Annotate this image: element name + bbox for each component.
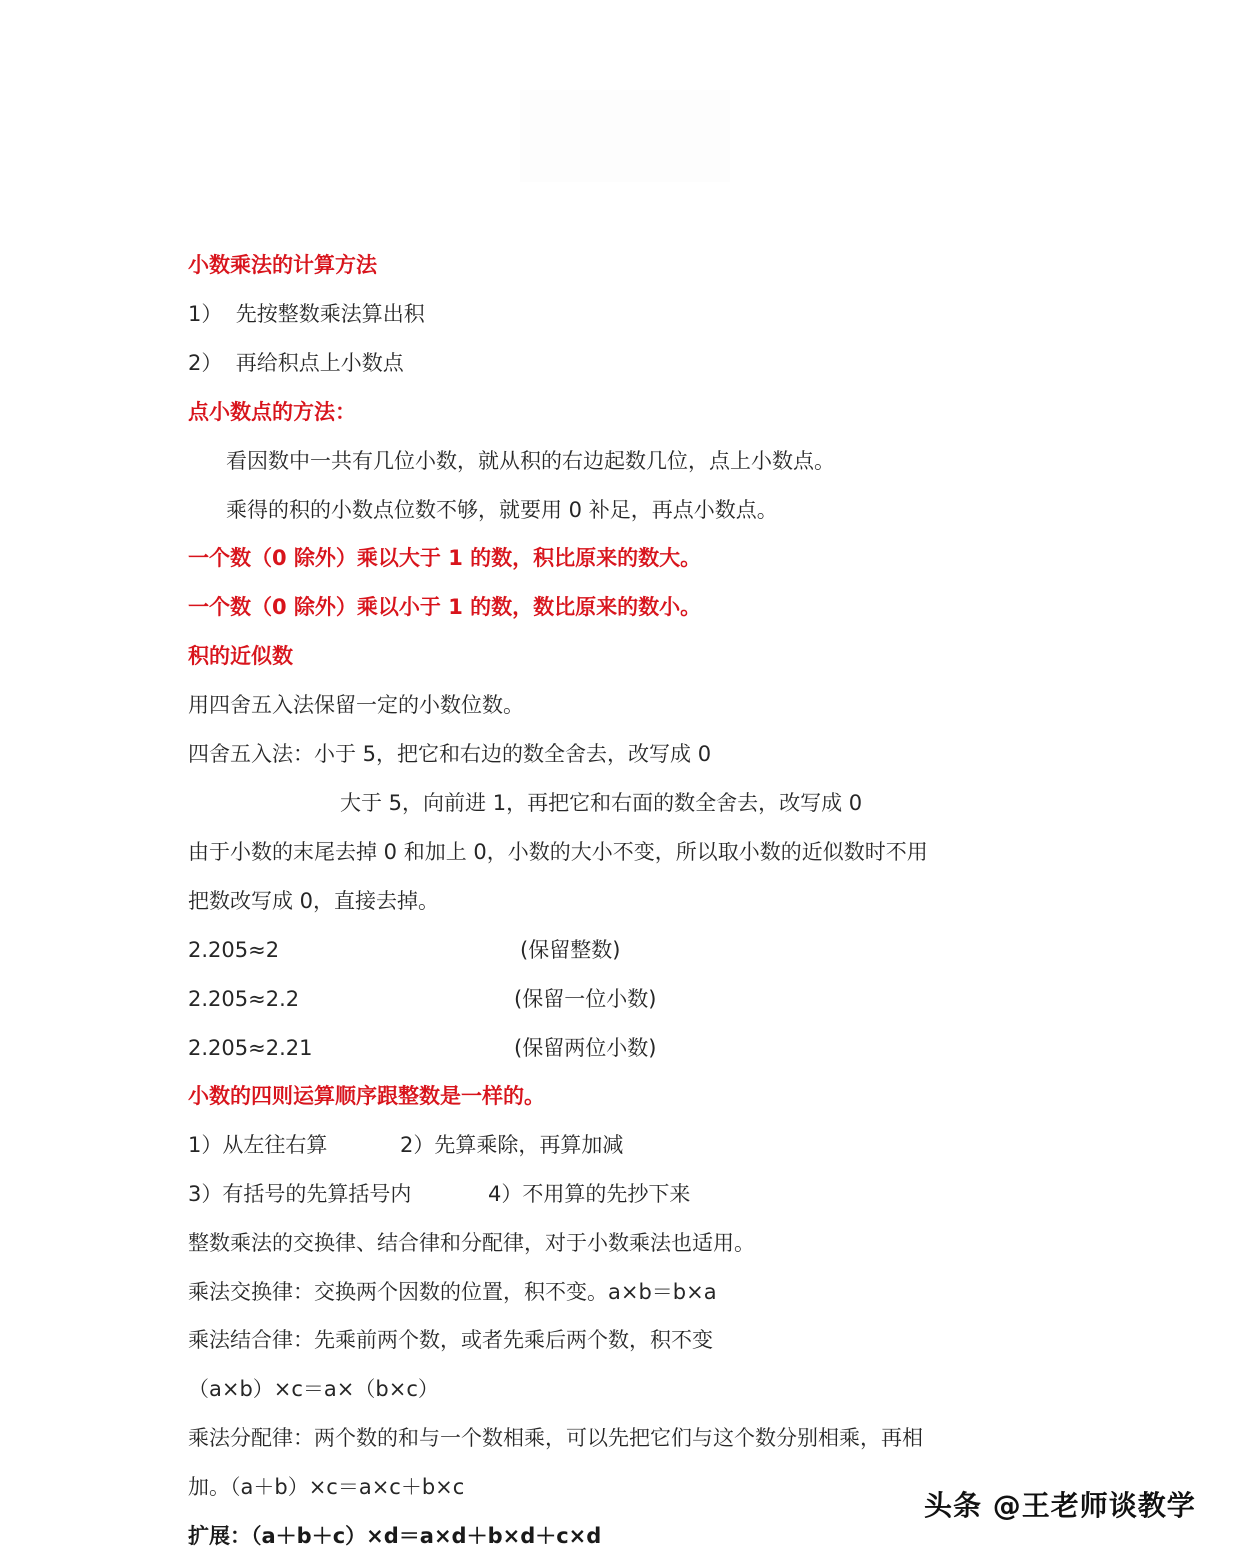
rule-count-decimals: 看因数中一共有几位小数，就从积的右边起数几位，点上小数点。 bbox=[226, 447, 835, 475]
trailing-zero-note-2: 把数改写成 0，直接去掉。 bbox=[188, 887, 439, 915]
highlight-less-than-one: 一个数（0 除外）乘以小于 1 的数，数比原来的数小。 bbox=[188, 593, 701, 621]
rounding-rule-less: 四舍五入法：小于 5，把它和右边的数全舍去，改写成 0 bbox=[188, 740, 711, 768]
order-2: 2）先算乘除，再算加减 bbox=[400, 1131, 623, 1159]
example-expr-0: 2.205≈2 bbox=[188, 936, 279, 964]
step-2: 2） 再给积点上小数点 bbox=[188, 349, 404, 377]
approx-intro: 用四舍五入法保留一定的小数位数。 bbox=[188, 691, 524, 719]
watermark: 头条 @王老师谈教学 bbox=[924, 1488, 1196, 1524]
commutative-law: 乘法交换律：交换两个因数的位置，积不变。a×b＝b×a bbox=[188, 1278, 717, 1306]
order-4: 4）不用算的先抄下来 bbox=[488, 1180, 690, 1208]
distributive-law-formula: 加。（a＋b）×c＝a×c＋b×c bbox=[188, 1473, 464, 1501]
example-expr-2: 2.205≈2.21 bbox=[188, 1034, 312, 1062]
heading-approximate-product: 积的近似数 bbox=[188, 642, 293, 670]
associative-law-formula: （a×b）×c＝a×（b×c） bbox=[188, 1375, 439, 1403]
heading-decimal-point-method: 点小数点的方法： bbox=[188, 398, 356, 426]
example-expr-1: 2.205≈2.2 bbox=[188, 985, 299, 1013]
highlight-greater-than-one: 一个数（0 除外）乘以大于 1 的数，积比原来的数大。 bbox=[188, 544, 701, 572]
heading-order-of-operations: 小数的四则运算顺序跟整数是一样的。 bbox=[188, 1082, 545, 1110]
example-note-1: (保留一位小数) bbox=[514, 985, 656, 1013]
rule-pad-zero: 乘得的积的小数点位数不够，就要用 0 补足，再点小数点。 bbox=[226, 496, 778, 524]
trailing-zero-note-1: 由于小数的末尾去掉 0 和加上 0，小数的大小不变，所以取小数的近似数时不用 bbox=[188, 838, 928, 866]
laws-intro: 整数乘法的交换律、结合律和分配律，对于小数乘法也适用。 bbox=[188, 1229, 755, 1257]
faded-image-placeholder bbox=[520, 90, 730, 182]
extension-formula: 扩展：（a＋b＋c）×d＝a×d＋b×d＋c×d bbox=[188, 1522, 601, 1550]
example-note-2: (保留两位小数) bbox=[514, 1034, 656, 1062]
order-3: 3）有括号的先算括号内 bbox=[188, 1180, 411, 1208]
rounding-rule-greater: 大于 5，向前进 1，再把它和右面的数全舍去，改写成 0 bbox=[340, 789, 862, 817]
example-note-0: (保留整数) bbox=[520, 936, 620, 964]
step-1: 1） 先按整数乘法算出积 bbox=[188, 300, 425, 328]
distributive-law-text: 乘法分配律：两个数的和与一个数相乘，可以先把它们与这个数分别相乘，再相 bbox=[188, 1424, 923, 1452]
order-1: 1）从左往右算 bbox=[188, 1131, 327, 1159]
associative-law-text: 乘法结合律：先乘前两个数，或者先乘后两个数，积不变 bbox=[188, 1326, 713, 1354]
heading-decimal-multiplication-method: 小数乘法的计算方法 bbox=[188, 251, 377, 279]
